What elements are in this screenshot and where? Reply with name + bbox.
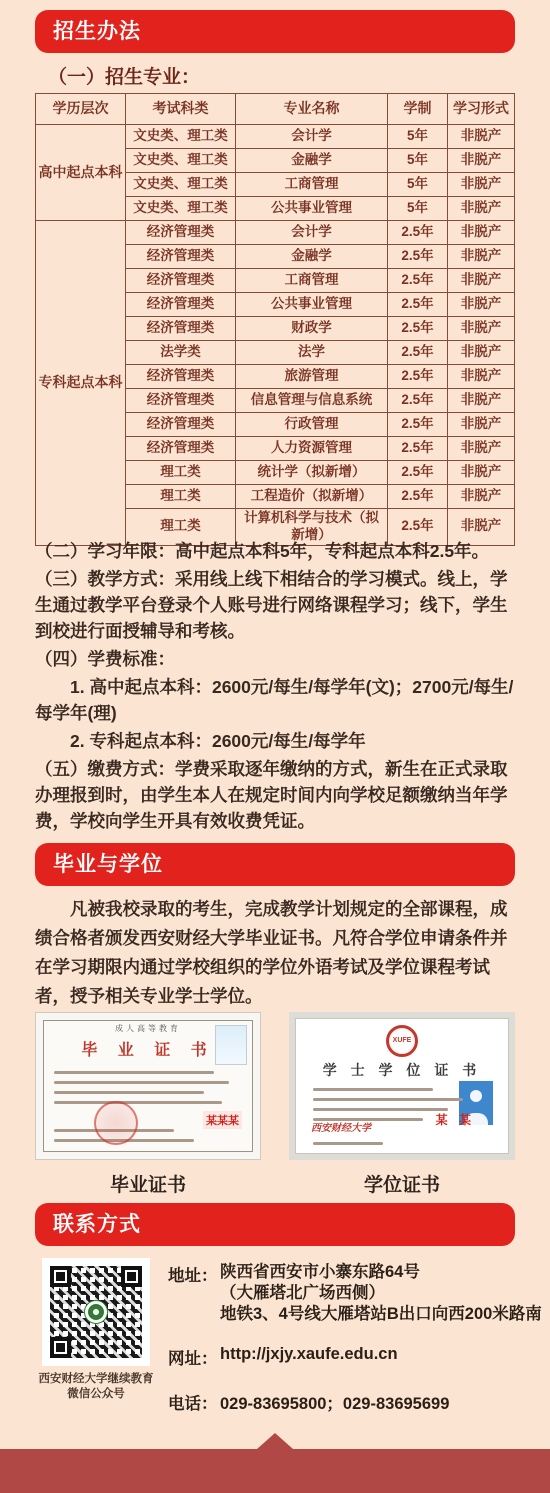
table-cell: 公共事业管理: [236, 293, 388, 317]
diploma-holder-name: 某某某: [203, 1111, 242, 1129]
education-level-cell: 高中起点本科: [36, 125, 126, 221]
table-cell: 2.5年: [388, 317, 448, 341]
table-cell: 经济管理类: [126, 269, 236, 293]
table-cell: 非脱产: [448, 413, 515, 437]
qr-pattern: [50, 1266, 142, 1358]
table-cell: 5年: [388, 173, 448, 197]
table-cell: 公共事业管理: [236, 197, 388, 221]
address-line-3: 地铁3、4号线大雁塔站B出口向西200米路南: [220, 1304, 542, 1325]
table-cell: 经济管理类: [126, 317, 236, 341]
degree-signature: 西安财经大学: [311, 1119, 371, 1134]
diploma-photo: [215, 1025, 247, 1065]
paragraph-payment-method: （五）缴费方式：学费采取逐年缴纳的方式，新生在正式录取办理报到时，由学生本人在规…: [35, 756, 517, 834]
table-cell: 5年: [388, 149, 448, 173]
table-cell: 工程造价（拟新增）: [236, 485, 388, 509]
table-cell: 2.5年: [388, 269, 448, 293]
qr-center-logo-icon: [84, 1300, 108, 1324]
table-cell: 非脱产: [448, 149, 515, 173]
table-cell: 经济管理类: [126, 413, 236, 437]
table-cell: 理工类: [126, 461, 236, 485]
section-banner-graduation: 毕业与学位: [35, 843, 515, 886]
phone-label: 电话：: [168, 1390, 220, 1414]
table-cell: 2.5年: [388, 461, 448, 485]
table-cell: 2.5年: [388, 413, 448, 437]
address-line-1: 陕西省西安市小寨东路64号: [220, 1262, 542, 1283]
diploma-text-line: [54, 1091, 204, 1094]
table-cell: 文史类、理工类: [126, 149, 236, 173]
paragraph-tuition-item-1: 1. 高中起点本科：2600元/每生/每学年(文)；2700元/每生/每学年(理…: [35, 674, 517, 726]
table-cell: 非脱产: [448, 269, 515, 293]
section-banner-admission-label: 招生办法: [53, 20, 141, 43]
table-cell: 法学: [236, 341, 388, 365]
table-cell: 工商管理: [236, 173, 388, 197]
table-cell: 金融学: [236, 245, 388, 269]
table-cell: 2.5年: [388, 437, 448, 461]
degree-university-seal: XUFE: [386, 1025, 418, 1057]
footer-triangle-icon: [257, 1433, 293, 1449]
diploma-text-line: [54, 1101, 222, 1104]
paragraph-tuition-heading: （四）学费标准：: [35, 646, 517, 672]
table-cell: 非脱产: [448, 437, 515, 461]
table-cell: 2.5年: [388, 221, 448, 245]
section-banner-contact-label: 联系方式: [53, 1213, 141, 1236]
table-cell: 理工类: [126, 485, 236, 509]
degree-text-line: [313, 1142, 383, 1145]
table-cell: 经济管理类: [126, 221, 236, 245]
table-header-row: 学历层次考试科类专业名称学制学习形式: [36, 94, 515, 125]
table-header-cell: 考试科类: [126, 94, 236, 125]
diploma-text-line: [54, 1081, 229, 1084]
admission-majors-heading: （一）招生专业：: [48, 62, 200, 89]
degree-certificate-image: XUFE 学 士 学 位 证 书 西安财经大学 某 某: [289, 1012, 515, 1160]
website-link[interactable]: http://jxjy.xaufe.edu.cn: [220, 1345, 398, 1369]
table-cell: 经济管理类: [126, 365, 236, 389]
phone-numbers: 029-83695800；029-83695699: [220, 1390, 449, 1414]
table-cell: 行政管理: [236, 413, 388, 437]
table-cell: 非脱产: [448, 341, 515, 365]
table-cell: 非脱产: [448, 485, 515, 509]
table-cell: 非脱产: [448, 245, 515, 269]
degree-text-line: [313, 1088, 433, 1091]
table-row: 专科起点本科经济管理类会计学2.5年非脱产: [36, 221, 515, 245]
table-cell: 非脱产: [448, 461, 515, 485]
paragraph-study-years: （二）学习年限：高中起点本科5年，专科起点本科2.5年。: [35, 538, 517, 564]
footer-bar: [0, 1449, 550, 1493]
degree-title-text: 学 士 学 位 证 书: [295, 1060, 509, 1080]
diploma-caption: 毕业证书: [35, 1170, 261, 1197]
table-cell: 非脱产: [448, 221, 515, 245]
table-cell: 2.5年: [388, 245, 448, 269]
table-header-cell: 学制: [388, 94, 448, 125]
diploma-text-line: [54, 1071, 214, 1074]
website-label: 网址：: [168, 1345, 220, 1369]
table-cell: 2.5年: [388, 293, 448, 317]
qr-finder-icon: [121, 1266, 142, 1287]
table-cell: 文史类、理工类: [126, 173, 236, 197]
table-cell: 会计学: [236, 125, 388, 149]
admission-paragraphs: （二）学习年限：高中起点本科5年，专科起点本科2.5年。 （三）教学方式：采用线…: [35, 538, 517, 836]
table-cell: 非脱产: [448, 389, 515, 413]
table-cell: 会计学: [236, 221, 388, 245]
table-cell: 5年: [388, 197, 448, 221]
website-row: 网址： http://jxjy.xaufe.edu.cn: [168, 1345, 520, 1369]
table-cell: 5年: [388, 125, 448, 149]
table-cell: 非脱产: [448, 293, 515, 317]
qr-caption: 西安财经大学继续教育 微信公众号: [32, 1372, 160, 1402]
certificate-captions: 毕业证书 学位证书: [35, 1170, 515, 1197]
table-cell: 经济管理类: [126, 389, 236, 413]
table-cell: 经济管理类: [126, 245, 236, 269]
paragraph-teaching-mode: （三）教学方式：采用线上线下相结合的学习模式。线上，学生通过教学平台登录个人账号…: [35, 566, 517, 644]
table-cell: 财政学: [236, 317, 388, 341]
table-cell: 非脱产: [448, 197, 515, 221]
address-row: 地址： 陕西省西安市小寨东路64号 （大雁塔北广场西侧） 地铁3、4号线大雁塔站…: [168, 1262, 520, 1325]
table-cell: 法学类: [126, 341, 236, 365]
table-cell: 旅游管理: [236, 365, 388, 389]
table-cell: 非脱产: [448, 173, 515, 197]
section-banner-graduation-label: 毕业与学位: [53, 853, 163, 876]
table-cell: 2.5年: [388, 389, 448, 413]
table-row: 高中起点本科文史类、理工类会计学5年非脱产: [36, 125, 515, 149]
admission-poster: 招生办法 （一）招生专业： 学历层次考试科类专业名称学制学习形式 高中起点本科文…: [0, 0, 550, 1493]
table-cell: 文史类、理工类: [126, 125, 236, 149]
table-cell: 非脱产: [448, 125, 515, 149]
paragraph-tuition-item-2: 2. 专科起点本科：2600元/每生/每学年: [35, 728, 517, 754]
degree-text-line: [313, 1108, 448, 1111]
table-header-cell: 学习形式: [448, 94, 515, 125]
diploma-red-seal: [94, 1101, 138, 1145]
graduation-paragraph: 凡被我校录取的考生，完成教学计划规定的全部课程，成绩合格者颁发西安财经大学毕业证…: [35, 895, 517, 1011]
table-cell: 2.5年: [388, 365, 448, 389]
table-cell: 非脱产: [448, 365, 515, 389]
degree-caption: 学位证书: [289, 1170, 515, 1197]
phone-row: 电话： 029-83695800；029-83695699: [168, 1390, 520, 1414]
table-cell: 2.5年: [388, 485, 448, 509]
table-cell: 金融学: [236, 149, 388, 173]
certificate-images: 成人高等教育 毕 业 证 书 某某某 XUFE 学 士 学 位 证 书 西安财经…: [35, 1012, 515, 1160]
address-lines: 陕西省西安市小寨东路64号 （大雁塔北广场西侧） 地铁3、4号线大雁塔站B出口向…: [220, 1262, 542, 1325]
section-banner-admission: 招生办法: [35, 10, 515, 53]
table-header-cell: 学历层次: [36, 94, 126, 125]
section-banner-contact: 联系方式: [35, 1203, 515, 1246]
degree-holder-name: 某 某: [436, 1111, 475, 1128]
diploma-certificate-image: 成人高等教育 毕 业 证 书 某某某: [35, 1012, 261, 1160]
qr-finder-icon: [50, 1266, 71, 1287]
table-cell: 工商管理: [236, 269, 388, 293]
table-cell: 非脱产: [448, 317, 515, 341]
table-cell: 文史类、理工类: [126, 197, 236, 221]
table-cell: 经济管理类: [126, 437, 236, 461]
qr-caption-line-2: 微信公众号: [32, 1387, 160, 1402]
address-line-2: （大雁塔北广场西侧）: [220, 1283, 542, 1304]
table-cell: 人力资源管理: [236, 437, 388, 461]
qr-caption-line-1: 西安财经大学继续教育: [32, 1372, 160, 1387]
degree-text-line: [313, 1098, 463, 1101]
qr-finder-icon: [50, 1337, 71, 1358]
table-cell: 信息管理与信息系统: [236, 389, 388, 413]
education-level-cell: 专科起点本科: [36, 221, 126, 546]
majors-table: 学历层次考试科类专业名称学制学习形式 高中起点本科文史类、理工类会计学5年非脱产…: [35, 93, 515, 546]
table-cell: 经济管理类: [126, 293, 236, 317]
table-cell: 2.5年: [388, 341, 448, 365]
address-label: 地址：: [168, 1262, 220, 1325]
table-header-cell: 专业名称: [236, 94, 388, 125]
table-cell: 统计学（拟新增）: [236, 461, 388, 485]
contact-rows: 地址： 陕西省西安市小寨东路64号 （大雁塔北广场西侧） 地铁3、4号线大雁塔站…: [168, 1262, 520, 1414]
wechat-qr-code[interactable]: [42, 1258, 150, 1366]
